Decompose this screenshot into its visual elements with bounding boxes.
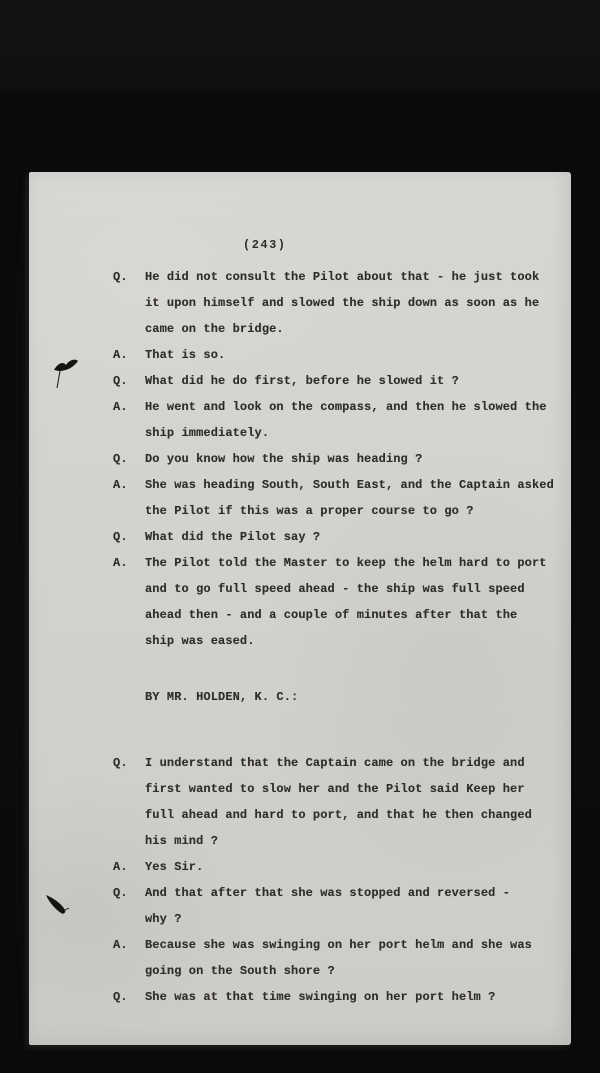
ink-blot-upper-icon (53, 358, 79, 392)
speaker-label: Q. (113, 368, 145, 394)
ink-blot-lower-icon (45, 894, 71, 918)
speaker-label: A. (113, 342, 145, 368)
transcript-line: The Pilot told the Master to keep the he… (145, 550, 557, 576)
section-heading: BY MR. HOLDEN, K. C.: (113, 684, 557, 710)
transcript-line: ship immediately. (145, 420, 557, 446)
entry-text: Yes Sir. (145, 854, 557, 880)
transcript-entry: Q.He did not consult the Pilot about tha… (113, 264, 557, 342)
transcript-line: And that after that she was stopped and … (145, 880, 557, 906)
transcript-entry: A.The Pilot told the Master to keep the … (113, 550, 557, 654)
transcript-line: I understand that the Captain came on th… (145, 750, 557, 776)
transcript-entry: Q.What did he do first, before he slowed… (113, 368, 557, 394)
transcript-line: his mind ? (145, 828, 557, 854)
transcript-line: Yes Sir. (145, 854, 557, 880)
transcript-line: What did the Pilot say ? (145, 524, 557, 550)
transcript-line: Do you know how the ship was heading ? (145, 446, 557, 472)
speaker-label: Q. (113, 750, 145, 854)
entry-text: He went and look on the compass, and the… (145, 394, 557, 446)
entry-text: Do you know how the ship was heading ? (145, 446, 557, 472)
transcript-line: That is so. (145, 342, 557, 368)
transcript-line: BY MR. HOLDEN, K. C.: (145, 684, 557, 710)
transcript-entry: A.Because she was swinging on her port h… (113, 932, 557, 984)
transcript-line: first wanted to slow her and the Pilot s… (145, 776, 557, 802)
speaker-label: A. (113, 394, 145, 446)
entry-text: And that after that she was stopped and … (145, 880, 557, 932)
transcript-entry: A.She was heading South, South East, and… (113, 472, 557, 524)
entry-text: She was at that time swinging on her por… (145, 984, 557, 1010)
speaker-label: A. (113, 854, 145, 880)
transcript-entry: Q.Do you know how the ship was heading ? (113, 446, 557, 472)
transcript-entry: A.He went and look on the compass, and t… (113, 394, 557, 446)
transcript-line: She was heading South, South East, and t… (145, 472, 557, 498)
transcript-entry: Q.And that after that she was stopped an… (113, 880, 557, 932)
transcript-entry: A.Yes Sir. (113, 854, 557, 880)
page-number: (243) (243, 238, 287, 252)
transcript-line: and to go full speed ahead - the ship wa… (145, 576, 557, 602)
transcript-line: full ahead and hard to port, and that he… (145, 802, 557, 828)
transcript-line: the Pilot if this was a proper course to… (145, 498, 557, 524)
photo-background: (243) Q.He did not consult the Pilot abo… (0, 0, 600, 1073)
transcript-line: going on the South shore ? (145, 958, 557, 984)
transcript-line: came on the bridge. (145, 316, 557, 342)
entry-text: BY MR. HOLDEN, K. C.: (145, 684, 557, 710)
transcript-line: He did not consult the Pilot about that … (145, 264, 557, 290)
speaker-label: A. (113, 932, 145, 984)
transcript-line: ahead then - and a couple of minutes aft… (145, 602, 557, 628)
entry-text: That is so. (145, 342, 557, 368)
transcript-line: What did he do first, before he slowed i… (145, 368, 557, 394)
speaker-label: Q. (113, 984, 145, 1010)
speaker-label: Q. (113, 264, 145, 342)
transcript-line: He went and look on the compass, and the… (145, 394, 557, 420)
entry-text: I understand that the Captain came on th… (145, 750, 557, 854)
speaker-label (113, 684, 145, 710)
transcript-line: it upon himself and slowed the ship down… (145, 290, 557, 316)
speaker-label: A. (113, 550, 145, 654)
entry-text: He did not consult the Pilot about that … (145, 264, 557, 342)
speaker-label: Q. (113, 524, 145, 550)
transcript-entry: Q.I understand that the Captain came on … (113, 750, 557, 854)
entry-text: She was heading South, South East, and t… (145, 472, 557, 524)
entry-text: What did the Pilot say ? (145, 524, 557, 550)
transcript-entry: Q.She was at that time swinging on her p… (113, 984, 557, 1010)
speaker-label: Q. (113, 880, 145, 932)
entry-text: What did he do first, before he slowed i… (145, 368, 557, 394)
transcript-entry: A.That is so. (113, 342, 557, 368)
document-page: (243) Q.He did not consult the Pilot abo… (29, 172, 571, 1045)
entry-text: Because she was swinging on her port hel… (145, 932, 557, 984)
transcript: Q.He did not consult the Pilot about tha… (113, 264, 557, 1010)
transcript-entry: Q.What did the Pilot say ? (113, 524, 557, 550)
speaker-label: A. (113, 472, 145, 524)
transcript-line: why ? (145, 906, 557, 932)
speaker-label: Q. (113, 446, 145, 472)
transcript-line: She was at that time swinging on her por… (145, 984, 557, 1010)
entry-text: The Pilot told the Master to keep the he… (145, 550, 557, 654)
transcript-line: ship was eased. (145, 628, 557, 654)
transcript-line: Because she was swinging on her port hel… (145, 932, 557, 958)
